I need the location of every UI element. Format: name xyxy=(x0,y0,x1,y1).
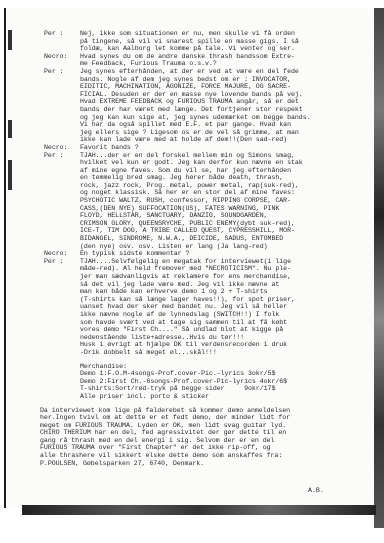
signature: A.B. xyxy=(308,487,324,494)
speaker-label: Per : xyxy=(44,152,80,160)
interview-line: Per : Jeg synes efterhånden, at der er v… xyxy=(44,68,344,76)
interview-line: og jeg kan kun sige at, jeg synes udemær… xyxy=(44,114,344,122)
merch-heading: Merchandise: xyxy=(44,363,344,371)
line-text: En typisk sidste kommentar ? xyxy=(80,250,189,257)
merch-item-text: Demo 1:F.O.M-4songs-Prof.cover-Pic.-lyri… xyxy=(80,370,275,377)
line-text: Hvad synes du om de andre danske thrash … xyxy=(80,53,295,60)
interview-line: bands der har været med længe. Det fortj… xyxy=(44,106,344,114)
interview-line: bands. Nogle af dem jeg synes bedst om e… xyxy=(44,76,344,84)
speaker-label: Necro: xyxy=(44,53,80,61)
line-text: (T-shirts kan så længe lager haves!!), f… xyxy=(80,296,295,303)
line-text: bands der har været med længe. Det fortj… xyxy=(80,106,303,113)
line-text: FLOYD, HELLSTAR, SANCTUARY, DANZIG, SOUN… xyxy=(80,212,268,219)
line-text: rock, jazz rock, Prog. metal, power meta… xyxy=(80,182,299,189)
review-line: CHIRO THERIUM har en del, fed agressivit… xyxy=(40,429,344,437)
line-text: CASS,(DEN NYE) SUFFOCATION(US), FATES WA… xyxy=(80,205,279,212)
interview-line: ikke kan lade være med at holde af dem!!… xyxy=(44,136,344,144)
speaker-label: Necro: xyxy=(44,250,80,258)
margin-mark xyxy=(8,160,12,190)
review-line: Da interviewet kom lige på falderebet så… xyxy=(40,407,344,415)
interview-line: vores demo "First Ch...." Så undlad blot… xyxy=(44,326,344,334)
review-line: P.POULSEN, Gøbelsparken 27, 6740, Denmar… xyxy=(40,460,344,468)
page-right-edge xyxy=(374,8,384,528)
interview-line: og noget klassisk. Så her er en stor del… xyxy=(44,189,344,197)
interview-line: Necro: Favorit bands ? xyxy=(44,144,344,152)
line-text: nedenstående liste+adresse..Hvis du tør!… xyxy=(80,334,244,341)
line-text: vores demo "First Ch...." Så undlad blot… xyxy=(80,326,283,333)
line-text: jeg ellers sige ? Ligesom os er de vel s… xyxy=(80,129,299,136)
line-text: ikke nævne nogle af de lynnedslag (SWITC… xyxy=(80,311,279,318)
speaker-label: Necro: xyxy=(44,144,80,152)
line-text: foldæ, kan Aalborg let komme på tale. Vi… xyxy=(80,45,295,52)
interview-line: ikke nævne nogle af de lynnedslag (SWITC… xyxy=(44,311,344,319)
line-text: ikke kan lade være med at holde af dem!!… xyxy=(80,136,287,143)
review-line: alle thrashere vil sikkert elske dette d… xyxy=(40,452,344,460)
line-text: Husk i øvrigt at hjælpe DK til verdensre… xyxy=(80,341,287,348)
interview-line: en temmelig bred smag. Jeg hører både de… xyxy=(44,174,344,182)
line-text: hvilket vel kun er godt. Jeg kan derfor … xyxy=(80,159,303,166)
document-body: Per : Nej, ikke som situationen er nu, m… xyxy=(44,30,344,467)
line-text: EIDITIC, MACHINATION, AGONIZE, FORCE MAJ… xyxy=(80,83,291,90)
line-text: jer man sædvanligvis at reklamere for en… xyxy=(80,273,291,280)
page-bottom-edge xyxy=(22,505,376,515)
line-text: TJAH...der er en del forskel mellem min … xyxy=(80,152,295,159)
interview-line: ICE-T, TIM DOG, A TRIBE CALLED QUEST, CY… xyxy=(44,227,344,235)
merch-item: T-shirts:Sort/rød-tryk på begge sider 9o… xyxy=(44,385,344,393)
interview-line: Necro: En typisk sidste kommentar ? xyxy=(44,250,344,258)
line-text: Hvad EXTREME FEEDBACK og FURIOUS TRAUMA … xyxy=(80,98,299,105)
line-text: man kan både kan erhverve demo 1 og 2 + … xyxy=(80,288,268,295)
line-text: uanset hvad der sker med bandet nu. Jeg … xyxy=(80,303,287,310)
interview-line: nedenstående liste+adresse..Hvis du tør!… xyxy=(44,334,344,342)
speaker-label: Per : xyxy=(44,258,80,266)
speaker-label: Per : xyxy=(44,68,80,76)
interview-line: Per : Nej, ikke som situationen er nu, m… xyxy=(44,30,344,38)
interview-line: EIDITIC, MACHINATION, AGONIZE, FORCE MAJ… xyxy=(44,83,344,91)
interview-line: jer man sædvanligvis at reklamere for en… xyxy=(44,273,344,281)
line-text: på tingene, så vil vi snarest spille en … xyxy=(80,38,299,45)
line-text: BIDANGEL, SINDROME, N.W.A., DEICIDE, SAD… xyxy=(80,235,283,242)
line-text: me Feedback, Furious Trauma o.s.v.? xyxy=(80,60,217,67)
margin-mark xyxy=(8,120,12,138)
review-line: FURIOUS TRAUMA over "First Chapter" er d… xyxy=(40,444,344,452)
interview-line: CRIMSON GLORY, QUEENSRYCHE, PUBLIC ENEMY… xyxy=(44,220,344,228)
merch-note: Alle priser incl. porto & sticker xyxy=(44,393,344,401)
line-text: ICE-T, TIM DOG, A TRIBE CALLED QUEST, CY… xyxy=(80,227,295,234)
merch-item-text: Demo 2:First Ch.-6songs-Prof.cover-Pic-l… xyxy=(80,378,287,385)
interview-line: CASS,(DEN NYE) SUFFOCATION(US), FATES WA… xyxy=(44,205,344,213)
line-text: en temmelig bred smag. Jeg hører både de… xyxy=(80,174,283,181)
interview-line: uanset hvad der sker med bandet nu. Jeg … xyxy=(44,303,344,311)
interview-line: Hvad EXTREME FEEDBACK og FURIOUS TRAUMA … xyxy=(44,98,344,106)
line-text: som havde svært ved at tage sig sammen t… xyxy=(80,319,287,326)
merch-heading-text: Merchandise: xyxy=(80,363,127,370)
line-text: af mine egne faves. Som du vil se, har j… xyxy=(80,167,291,174)
review-line: her.Ingen tvivl om at dette er et fedt d… xyxy=(40,414,344,422)
line-text: CRIMSON GLORY, QUEENSRYCHE, PUBLIC ENEMY… xyxy=(80,220,295,227)
interview-line: Vi har da også spillet med E.F. et par g… xyxy=(44,121,344,129)
line-text: Vi har da også spillet med E.F. et par g… xyxy=(80,121,291,128)
line-text: så det vil jeg lade være med. Jeg vil ik… xyxy=(80,281,279,288)
interview-line: (den nye) osv. osv. Listen er lang (Ja l… xyxy=(44,243,344,251)
review-line: gang rå thrash med en del energi i sig. … xyxy=(40,437,344,445)
interview-line: Husk i øvrigt at hjælpe DK til verdensre… xyxy=(44,341,344,349)
margin-mark xyxy=(8,30,12,50)
interview-line: Per : TJAH...der er en del forskel melle… xyxy=(44,152,344,160)
line-text: FICIAL. Desuden er der en masse nye love… xyxy=(80,91,303,98)
interview-line: man kan både kan erhverve demo 1 og 2 + … xyxy=(44,288,344,296)
line-text: Favorit bands ? xyxy=(80,144,139,151)
interview-line: me Feedback, Furious Trauma o.s.v.? xyxy=(44,60,344,68)
interview-line: foldæ, kan Aalborg let komme på tale. Vi… xyxy=(44,45,344,53)
interview-line: hvilket vel kun er godt. Jeg kan derfor … xyxy=(44,159,344,167)
interview-line: jeg ellers sige ? Ligesom os er de vel s… xyxy=(44,129,344,137)
line-text: bands. Nogle af dem jeg synes bedst om e… xyxy=(80,76,291,83)
review-line: meget om FURIOUS TRAUMA. Lyden er OK, me… xyxy=(40,422,344,430)
line-text: Nej, ikke som situationen er nu, men sku… xyxy=(80,30,295,37)
speaker-label: Per : xyxy=(44,30,80,38)
line-text: og noget klassisk. Så her er en stor del… xyxy=(80,189,295,196)
line-text: Jeg synes efterhånden, at der er ved at … xyxy=(80,68,299,75)
line-text: -Drik dobbelt så meget øl...skål!!! xyxy=(80,349,217,356)
interview-line: måde-red). Al held fremover med "NECROTI… xyxy=(44,265,344,273)
line-text: PSYCHOTIC WALTZ, RUSH, confessor, RIPPIN… xyxy=(80,197,291,204)
interview-line: Necro: Hvad synes du om de andre danske … xyxy=(44,53,344,61)
interview-line: FLOYD, HELLSTAR, SANCTUARY, DANZIG, SOUN… xyxy=(44,212,344,220)
interview-line: PSYCHOTIC WALTZ, RUSH, confessor, RIPPIN… xyxy=(44,197,344,205)
merch-note-text: Alle priser incl. porto & sticker xyxy=(80,393,209,400)
line-text: måde-red). Al held fremover med "NECROTI… xyxy=(80,265,291,272)
line-text: TJAH....Selvfølgelig en megatak for inte… xyxy=(80,258,291,265)
interview-line: -Drik dobbelt så meget øl...skål!!! xyxy=(44,349,344,357)
interview-line: BIDANGEL, SINDROME, N.W.A., DEICIDE, SAD… xyxy=(44,235,344,243)
merch-item-text: T-shirts:Sort/rød-tryk på begge sider 9o… xyxy=(80,385,275,392)
line-text: (den nye) osv. osv. Listen er lang (Ja l… xyxy=(80,243,268,250)
line-text: og jeg kan kun sige at, jeg synes udemær… xyxy=(80,114,311,121)
merch-item: Demo 1:F.O.M-4songs-Prof.cover-Pic.-lyri… xyxy=(44,370,344,378)
